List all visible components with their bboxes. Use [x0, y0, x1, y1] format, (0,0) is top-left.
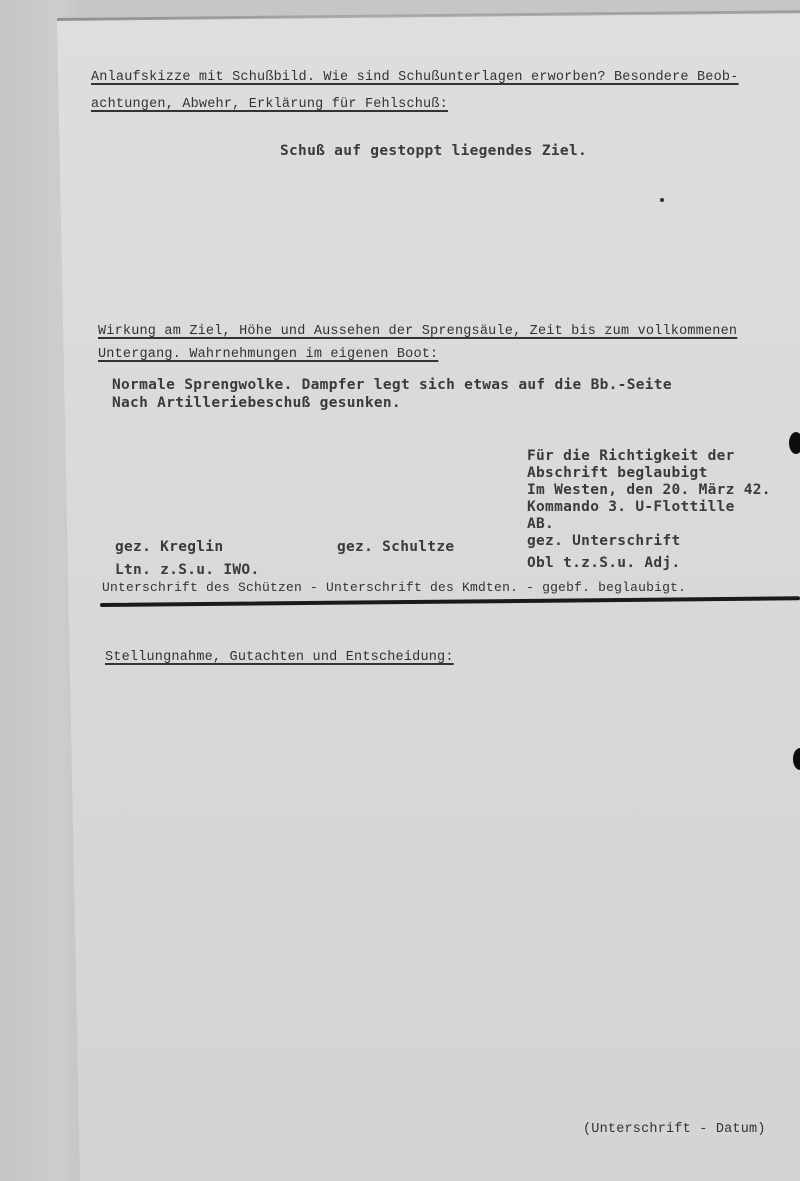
- cert-line-unit: Kommando 3. U-Flottille: [527, 499, 735, 515]
- cert-signature: gez. Unterschrift: [527, 533, 681, 549]
- signature-caption: Unterschrift des Schützen - Unterschrift…: [102, 580, 686, 595]
- cert-line: Abschrift beglaubigt: [527, 465, 708, 481]
- section2-heading-line1: Wirkung am Ziel, Höhe und Aussehen der S…: [98, 324, 737, 339]
- cert-line-date: Im Westen, den 20. März 42.: [527, 482, 771, 498]
- section1-heading-line1: Anlaufskizze mit Schußbild. Wie sind Sch…: [91, 70, 739, 85]
- signature-date-label: (Unterschrift - Datum): [583, 1122, 766, 1137]
- punch-hole: [789, 432, 800, 454]
- section1-body: Schuß auf gestoppt liegendes Ziel.: [280, 143, 587, 159]
- punch-hole: [793, 748, 800, 770]
- section2-body-line1: Normale Sprengwolke. Dampfer legt sich e…: [112, 377, 672, 393]
- cert-rank: Obl t.z.S.u. Adj.: [527, 555, 681, 571]
- ink-speck: [660, 198, 664, 202]
- section3-heading: Stellungnahme, Gutachten und Entscheidun…: [105, 650, 454, 665]
- shooter-signature: gez. Kreglin: [115, 539, 223, 555]
- section2-heading-line2: Untergang. Wahrnehmungen im eigenen Boot…: [98, 347, 438, 362]
- cert-line: Für die Richtigkeit der: [527, 448, 735, 464]
- commander-signature: gez. Schultze: [337, 539, 454, 555]
- section1-heading-line2: achtungen, Abwehr, Erklärung für Fehlsch…: [91, 97, 448, 112]
- cert-line: AB.: [527, 516, 554, 532]
- section2-body-line2: Nach Artilleriebeschuß gesunken.: [112, 395, 401, 411]
- shooter-rank: Ltn. z.S.u. IWO.: [115, 562, 259, 578]
